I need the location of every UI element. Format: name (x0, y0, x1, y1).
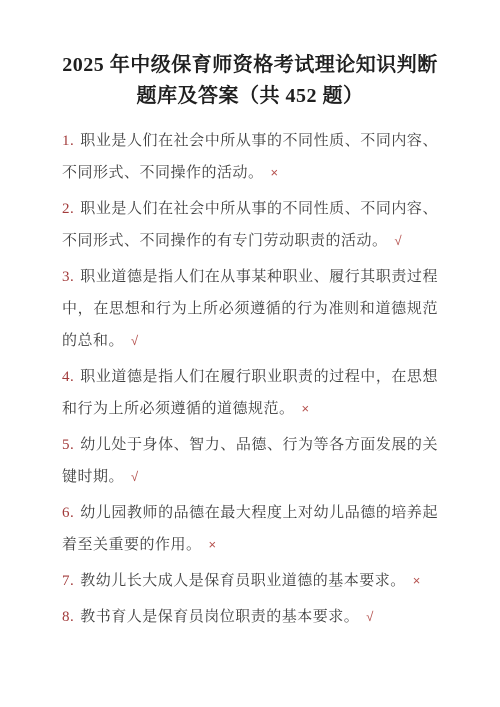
question-item-7: 7.教幼儿长大成人是保育员职业道德的基本要求。× (62, 565, 438, 597)
page-title: 2025 年中级保育师资格考试理论知识判断题库及答案（共 452 题） (62, 50, 438, 112)
question-number: 6. (62, 505, 74, 521)
question-item-6: 6.幼儿园教师的品德在最大程度上对幼儿品德的培养起着至关重要的作用。× (62, 497, 438, 561)
question-list: 1.职业是人们在社会中所从事的不同性质、不同内容、不同形式、不同操作的活动。× … (62, 125, 438, 633)
question-number: 5. (62, 437, 74, 453)
question-number: 2. (62, 201, 74, 217)
question-number: 1. (62, 133, 74, 149)
question-item-8: 8.教书育人是保育员岗位职责的基本要求。√ (62, 601, 438, 633)
question-text: 幼儿园教师的品德在最大程度上对幼儿品德的培养起着至关重要的作用。 (62, 505, 438, 553)
question-number: 7. (62, 573, 74, 589)
question-text: 教幼儿长大成人是保育员职业道德的基本要求。 (80, 573, 406, 589)
question-number: 3. (62, 269, 74, 285)
document-page: 2025 年中级保育师资格考试理论知识判断题库及答案（共 452 题） 1.职业… (0, 0, 500, 707)
answer-mark: × (271, 165, 279, 180)
answer-mark: × (209, 537, 217, 552)
question-text: 职业是人们在社会中所从事的不同性质、不同内容、不同形式、不同操作的活动。 (62, 133, 438, 181)
answer-mark: √ (395, 233, 403, 248)
answer-mark: √ (366, 609, 374, 624)
question-number: 4. (62, 369, 74, 385)
question-text: 职业是人们在社会中所从事的不同性质、不同内容、不同形式、不同操作的有专门劳动职责… (62, 201, 438, 249)
question-text: 职业道德是指人们在履行职业职责的过程中，在思想和行为上所必须遵循的道德规范。 (62, 369, 438, 417)
question-text: 职业道德是指人们在从事某种职业、履行其职责过程中，在思想和行为上所必须遵循的行为… (62, 269, 438, 349)
question-item-5: 5.幼儿处于身体、智力、品德、行为等各方面发展的关键时期。√ (62, 429, 438, 493)
question-text: 教书育人是保育员岗位职责的基本要求。 (80, 609, 359, 625)
question-item-3: 3.职业道德是指人们在从事某种职业、履行其职责过程中，在思想和行为上所必须遵循的… (62, 261, 438, 357)
question-item-1: 1.职业是人们在社会中所从事的不同性质、不同内容、不同形式、不同操作的活动。× (62, 125, 438, 189)
answer-mark: × (302, 401, 310, 416)
question-item-4: 4.职业道德是指人们在履行职业职责的过程中，在思想和行为上所必须遵循的道德规范。… (62, 361, 438, 425)
answer-mark: √ (131, 333, 139, 348)
question-number: 8. (62, 609, 74, 625)
question-item-2: 2.职业是人们在社会中所从事的不同性质、不同内容、不同形式、不同操作的有专门劳动… (62, 193, 438, 257)
question-text: 幼儿处于身体、智力、品德、行为等各方面发展的关键时期。 (62, 437, 438, 485)
answer-mark: √ (131, 469, 139, 484)
answer-mark: × (413, 573, 421, 588)
